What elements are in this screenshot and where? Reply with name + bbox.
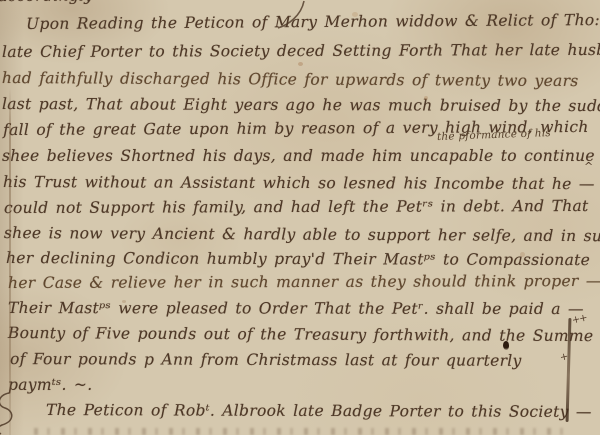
- manuscript-page: accordingly Upon Reading the Peticon of …: [0, 0, 600, 435]
- left-margin-crease: [9, 88, 11, 435]
- ink-blot: [503, 341, 509, 350]
- manuscript-line: his Trust without an Assistant which so …: [3, 171, 595, 195]
- manuscript-line-top-cut: accordingly: [0, 0, 93, 7]
- fox-spot: [424, 96, 428, 100]
- fox-spot: [298, 62, 303, 66]
- fox-spot: [122, 300, 126, 303]
- manuscript-line: her Case & relieve her in such manner as…: [8, 270, 600, 294]
- fox-spot: [520, 252, 525, 257]
- interlinear-insertion: the pformance of his: [437, 127, 551, 143]
- manuscript-line: her declining Condicon humbly pray'd The…: [6, 247, 590, 271]
- manuscript-line: late Chief Porter to this Society deced …: [2, 39, 600, 63]
- manuscript-line: shee is now very Ancient & hardly able t…: [4, 222, 600, 247]
- marginal-bracket-flourish-icon: [0, 391, 19, 435]
- manuscript-line: Their Mastᵖˢ were pleased to Order That …: [8, 297, 584, 320]
- manuscript-line: had faithfully discharged his Office for…: [2, 67, 579, 92]
- manuscript-line: paymᵗˢ. ~.: [8, 374, 92, 396]
- cut-off-bottom-line: [34, 428, 564, 435]
- fox-spot: [352, 12, 358, 17]
- top-pen-flourish-icon: [276, 0, 308, 30]
- insertion-caret-icon: ^: [584, 160, 593, 173]
- manuscript-line: shee believes Shortned his days, and mad…: [2, 145, 595, 167]
- manuscript-line: last past, That about Eight years ago he…: [2, 93, 600, 117]
- manuscript-line: could not Support his family, and had le…: [4, 195, 589, 219]
- manuscript-line: of Four pounds p Ann from Christmass las…: [10, 348, 522, 372]
- manuscript-line: The Peticon of Robᵗ. Albrook late Badge …: [46, 399, 592, 423]
- manuscript-line: Upon Reading the Peticon of Mary Merhon …: [26, 8, 600, 35]
